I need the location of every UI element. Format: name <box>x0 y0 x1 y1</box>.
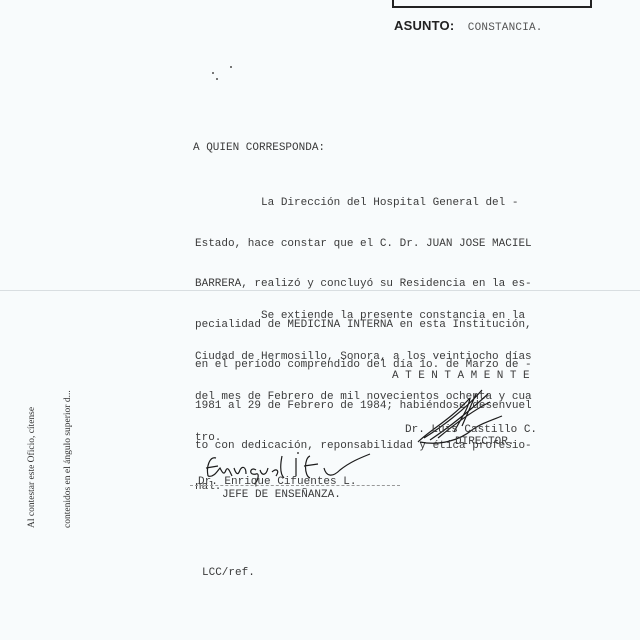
margin-note-line: contenidos en el ángulo superior d... <box>62 308 74 528</box>
paragraph-1-line: Estado, hace constar que el C. Dr. JUAN … <box>195 238 532 252</box>
paragraph-1-line: La Dirección del Hospital General del - <box>195 197 532 211</box>
paragraph-2-line: Ciudad de Hermosillo, Sonora, a los vein… <box>195 351 532 365</box>
subject-value: CONSTANCIA. <box>468 22 543 34</box>
director-title: DIRECTOR. <box>455 436 514 450</box>
scan-specks <box>208 66 238 86</box>
letterhead-box <box>392 0 592 8</box>
greeting: A QUIEN CORRESPONDA: <box>193 142 325 156</box>
document-page: ASUNTO: CONSTANCIA. A QUIEN CORRESPONDA:… <box>0 0 640 640</box>
subject-line: ASUNTO: CONSTANCIA. <box>394 18 543 34</box>
jefe-title: JEFE DE ENSEÑANZA. <box>222 489 341 503</box>
subject-label: ASUNTO: <box>394 18 454 33</box>
jefe-name: Dr. Enrique Cifuentes L. <box>198 476 356 490</box>
reference-initials: LCC/ref. <box>202 567 255 581</box>
margin-note-line: Al contestar este Oficio, cítense <box>26 308 38 528</box>
paragraph-2-line: Se extiende la presente constancia en la <box>195 310 532 324</box>
margin-note: Al contestar este Oficio, cítense conten… <box>2 308 98 528</box>
